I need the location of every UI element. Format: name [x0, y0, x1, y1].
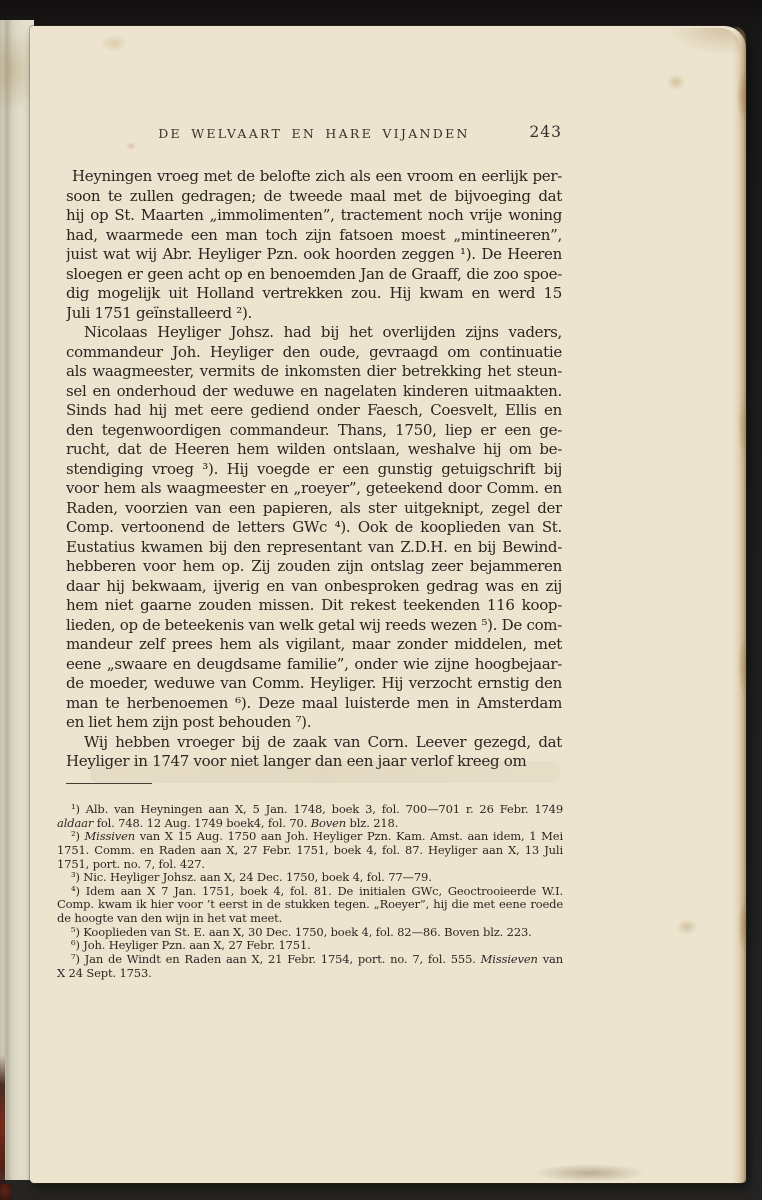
text-line: de hoogte van den wijn in het vat meet.: [57, 912, 563, 926]
text-line: 1751. Comm. en Raden aan X, 27 Febr. 175…: [57, 844, 563, 858]
text-line: stendiging vroeg ³). Hij voegde er een g…: [66, 460, 562, 480]
text-line: ¹) Alb. van Heyningen aan X, 5 Jan. 1748…: [57, 803, 563, 817]
text-line: soon te zullen gedragen; de tweede maal …: [66, 187, 562, 207]
running-header: DE WELVAART EN HARE VIJANDEN 243: [66, 126, 562, 148]
text-line: als waagmeester, vermits de inkomsten di…: [66, 362, 562, 382]
page-edge-stack: [0, 20, 34, 1180]
text-line: rucht, dat de Heeren hem wilden ontslaan…: [66, 440, 562, 460]
footnotes: ¹) Alb. van Heyningen aan X, 5 Jan. 1748…: [57, 803, 563, 980]
paper-stain: [670, 28, 740, 54]
text-line: eene „swaare en deugdsame familie”, onde…: [66, 655, 562, 675]
text-line: mandeur zelf prees hem als vigilant, maa…: [66, 635, 562, 655]
page-fore-edge: [733, 26, 746, 1183]
footnote: ⁶) Joh. Heyliger Pzn. aan X, 27 Febr. 17…: [57, 939, 563, 953]
text-line: Heyningen vroeg met de belofte zich als …: [66, 167, 562, 187]
text-line: voor hem als waagmeester en „roeyer”, ge…: [66, 479, 562, 499]
text-line: Heyliger in 1747 voor niet langer dan ee…: [66, 752, 562, 772]
text-line: ²) Missiven van X 15 Aug. 1750 aan Joh. …: [57, 830, 563, 844]
text-line: Comp. vertoonend de letters GWc ⁴). Ook …: [66, 518, 562, 538]
body-paragraphs: Heyningen vroeg met de belofte zich als …: [66, 167, 562, 772]
footnote: ¹) Alb. van Heyningen aan X, 5 Jan. 1748…: [57, 803, 563, 830]
text-line: ⁵) Kooplieden van St. E. aan X, 30 Dec. …: [57, 926, 563, 940]
book-page: DE WELVAART EN HARE VIJANDEN 243 Heyning…: [30, 26, 746, 1183]
footnote: ⁴) Idem aan X 7 Jan. 1751, boek 4, fol. …: [57, 885, 563, 926]
spine-red-sliver: [0, 1055, 5, 1185]
text-line: den tegenwoordigen commandeur. Thans, 17…: [66, 421, 562, 441]
text-line: hebberen voor hem op. Zij zouden zijn on…: [66, 557, 562, 577]
page-number: 243: [529, 123, 562, 141]
text-line: aldaar fol. 748. 12 Aug. 1749 boek4, fol…: [57, 817, 563, 831]
text-line: lieden, op de beteekenis van welk getal …: [66, 616, 562, 636]
footnote: ⁵) Kooplieden van St. E. aan X, 30 Dec. …: [57, 926, 563, 940]
text-line: Eustatius kwamen bij den representant va…: [66, 538, 562, 558]
paragraph: Wij hebben vroeger bij de zaak van Corn.…: [66, 733, 562, 772]
paper-stain: [100, 34, 128, 52]
text-line: Comp. kwam ik hier voor ’t eerst in de s…: [57, 898, 563, 912]
text-line: sloegen er geen acht op en benoemden Jan…: [66, 265, 562, 285]
text-line: hij op St. Maarten „immolimenten”, tract…: [66, 206, 562, 226]
footnote: ³) Nic. Heyliger Johsz. aan X, 24 Dec. 1…: [57, 871, 563, 885]
text-line: sel en onderhoud der weduwe en nagelaten…: [66, 382, 562, 402]
text-line: ⁷) Jan de Windt en Raden aan X, 21 Febr.…: [57, 953, 563, 967]
text-line: Nicolaas Heyliger Johsz. had bij het ove…: [66, 323, 562, 343]
footnote: ²) Missiven van X 15 Aug. 1750 aan Joh. …: [57, 830, 563, 871]
text-line: 1751, port. no. 7, fol. 427.: [57, 858, 563, 872]
text-line: ⁶) Joh. Heyliger Pzn. aan X, 27 Febr. 17…: [57, 939, 563, 953]
text-line: X 24 Sept. 1753.: [57, 967, 563, 981]
text-line: juist wat wij Abr. Heyliger Pzn. ook hoo…: [66, 245, 562, 265]
text-line: Juli 1751 geïnstalleerd ²).: [66, 304, 562, 324]
paper-stain: [666, 74, 686, 90]
spine-red-mark: [0, 1184, 12, 1200]
text-line: hem niet gaarne zouden missen. Dit rekes…: [66, 596, 562, 616]
running-header-title: DE WELVAART EN HARE VIJANDEN: [66, 126, 562, 141]
text-line: daar hij bekwaam, ijverig en van onbespr…: [66, 577, 562, 597]
text-line: man te herbenoemen ⁶). Deze maal luister…: [66, 694, 562, 714]
text-line: had, waarmede een man toch zijn fatsoen …: [66, 226, 562, 246]
text-line: Wij hebben vroeger bij de zaak van Corn.…: [66, 733, 562, 753]
text-line: ⁴) Idem aan X 7 Jan. 1751, boek 4, fol. …: [57, 885, 563, 899]
paragraph: Heyningen vroeg met de belofte zich als …: [66, 167, 562, 323]
text-line: Sinds had hij met eere gediend onder Fae…: [66, 401, 562, 421]
paper-stain: [676, 919, 698, 935]
text-line: ³) Nic. Heyliger Johsz. aan X, 24 Dec. 1…: [57, 871, 563, 885]
text-line: commandeur Joh. Heyliger den oude, gevra…: [66, 343, 562, 363]
paper-stain: [535, 1164, 645, 1182]
book-scan: DE WELVAART EN HARE VIJANDEN 243 Heyning…: [0, 0, 762, 1200]
text-line: Raden, voorzien van een papieren, als st…: [66, 499, 562, 519]
paragraph: Nicolaas Heyliger Johsz. had bij het ove…: [66, 323, 562, 733]
text-line: en liet hem zijn post behouden ⁷).: [66, 713, 562, 733]
footnote-separator: [66, 783, 152, 784]
text-line: dig mogelijk uit Holland vertrekken zou.…: [66, 284, 562, 304]
text-line: de moeder, weduwe van Comm. Heyliger. Hi…: [66, 674, 562, 694]
footnote: ⁷) Jan de Windt en Raden aan X, 21 Febr.…: [57, 953, 563, 980]
